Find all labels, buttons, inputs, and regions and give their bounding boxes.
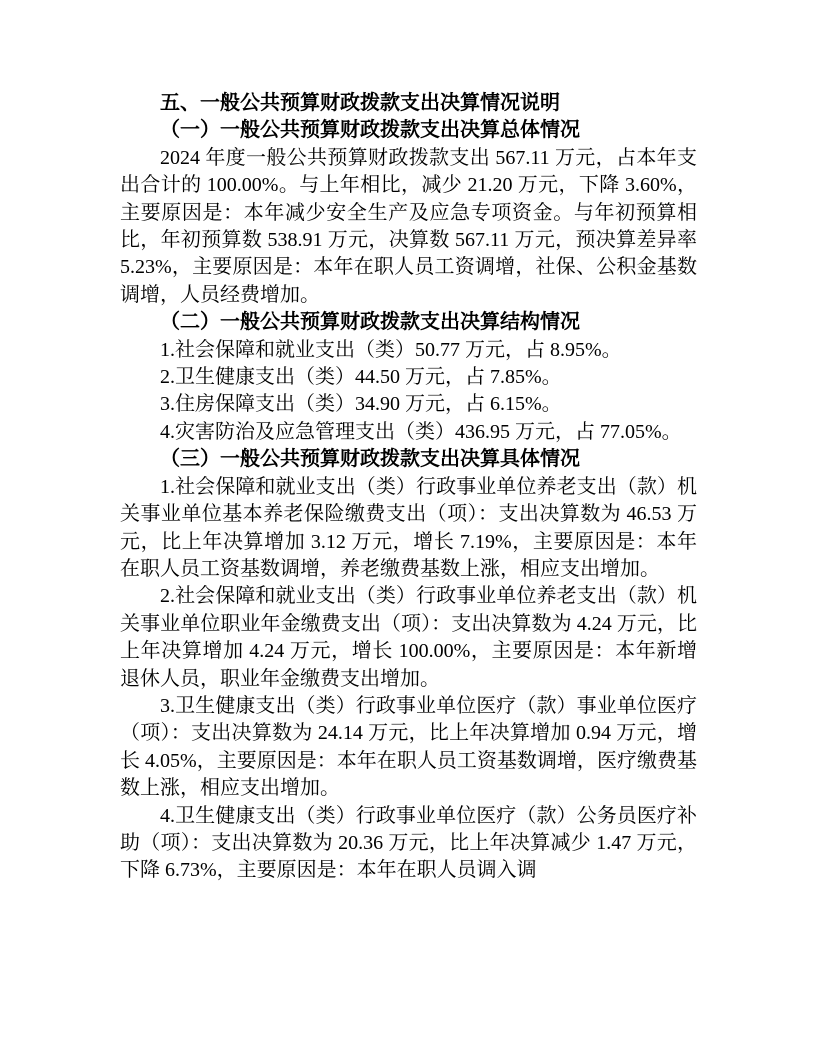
section-heading: （三）一般公共预算财政拨款支出决算具体情况 [120,446,697,473]
section-heading: 五、一般公共预算财政拨款支出决算情况说明 [120,90,697,117]
paragraph: 1.社会保障和就业支出（类）行政事业单位养老支出（款）机关事业单位基本养老保险缴… [120,474,697,584]
paragraph: 2.社会保障和就业支出（类）行政事业单位养老支出（款）机关事业单位职业年金缴费支… [120,583,697,693]
paragraph: 3.住房保障支出（类）34.90 万元，占 6.15%。 [120,391,697,418]
paragraph: 2.卫生健康支出（类）44.50 万元，占 7.85%。 [120,364,697,391]
paragraph: 3.卫生健康支出（类）行政事业单位医疗（款）事业单位医疗（项）：支出决算数为 2… [120,693,697,803]
paragraph: 4.灾害防治及应急管理支出（类）436.95 万元，占 77.05%。 [120,419,697,446]
section-heading: （二）一般公共预算财政拨款支出决算结构情况 [120,309,697,336]
paragraph: 2024 年度一般公共预算财政拨款支出 567.11 万元，占本年支出合计的 1… [120,145,697,309]
paragraph: 4.卫生健康支出（类）行政事业单位医疗（款）公务员医疗补助（项）：支出决算数为 … [120,803,697,885]
document-body: 五、一般公共预算财政拨款支出决算情况说明（一）一般公共预算财政拨款支出决算总体情… [0,0,816,885]
document-page: 五、一般公共预算财政拨款支出决算情况说明（一）一般公共预算财政拨款支出决算总体情… [0,0,816,1056]
section-heading: （一）一般公共预算财政拨款支出决算总体情况 [120,117,697,144]
paragraph: 1.社会保障和就业支出（类）50.77 万元，占 8.95%。 [120,337,697,364]
